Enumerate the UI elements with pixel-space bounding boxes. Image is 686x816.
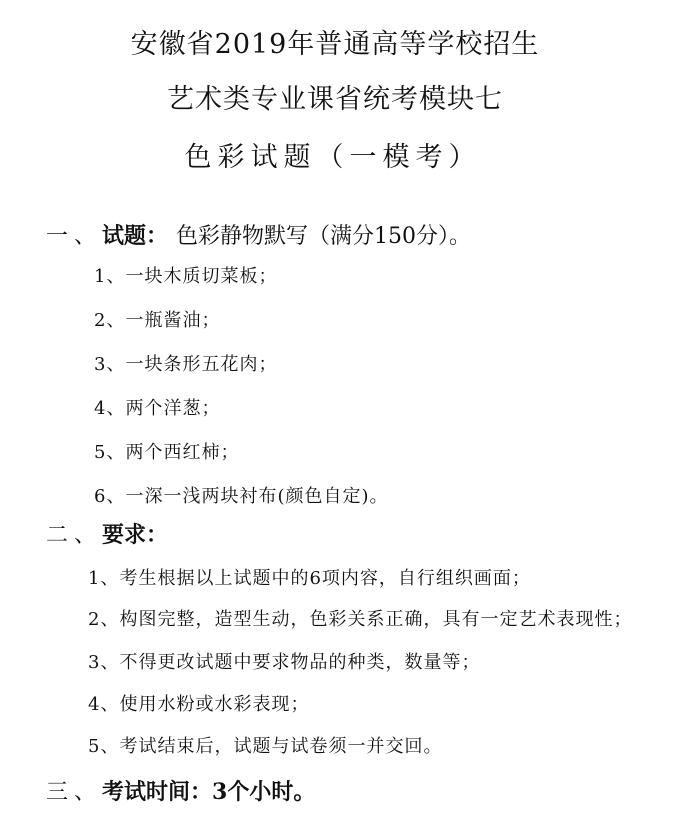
section-3-heading: 三、考试时间：3个小时。 xyxy=(46,778,315,807)
list-item: 6、一深一浅两块衬布(颜色自定)。 xyxy=(94,485,389,509)
list-item: 2、构图完整，造型生动，色彩关系正确，具有一定艺术表现性； xyxy=(88,608,632,632)
list-item: 2、一瓶酱油； xyxy=(94,309,220,333)
section-3-label: 考试时间： xyxy=(102,779,212,805)
title-line-1: 安徽省2019年普通高等学校招生 xyxy=(0,28,678,62)
title-line-2: 艺术类专业课省统考模块七 xyxy=(0,83,678,117)
list-item: 1、考生根据以上试题中的6项内容，自行组织画面； xyxy=(88,567,531,591)
list-item: 5、考试结束后，试题与试卷须一并交回。 xyxy=(88,735,442,759)
section-2-heading: 二、要求： xyxy=(46,521,168,550)
section-2-label: 要求： xyxy=(102,522,168,548)
section-1-value: 色彩静物默写（满分150分）。 xyxy=(176,224,471,249)
list-item: 1、一块木质切菜板； xyxy=(94,265,277,289)
list-item: 4、两个洋葱； xyxy=(94,397,220,421)
list-item: 3、不得更改试题中要求物品的种类，数量等； xyxy=(88,651,480,675)
title-line-3: 色彩试题（一模考） xyxy=(0,141,676,175)
exam-document: 安徽省2019年普通高等学校招生 艺术类专业课省统考模块七 色彩试题（一模考） … xyxy=(0,0,686,816)
section-2-number: 二、 xyxy=(46,523,102,548)
section-1-label: 试题： xyxy=(102,223,168,249)
list-item: 4、使用水粉或水彩表现； xyxy=(88,693,309,717)
list-item: 3、一块条形五花肉； xyxy=(94,353,277,377)
section-1-heading: 一、试题：色彩静物默写（满分150分）。 xyxy=(46,222,471,251)
list-item: 5、两个西红柿； xyxy=(94,441,239,465)
section-1-number: 一、 xyxy=(46,224,102,249)
section-3-value: 3个小时。 xyxy=(212,779,315,805)
section-3-number: 三、 xyxy=(46,780,102,805)
